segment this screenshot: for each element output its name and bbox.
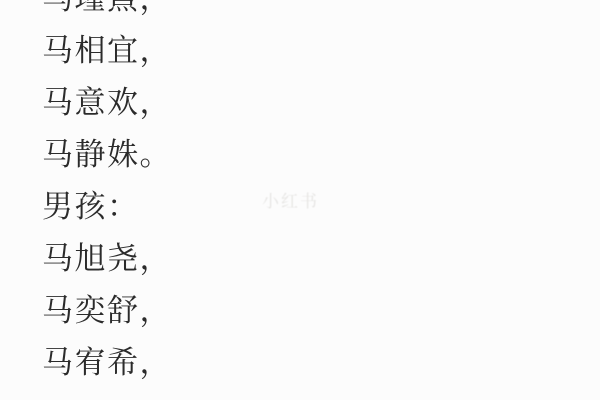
name-line: 马旭尧，: [42, 233, 172, 285]
name-list-page: 马瑾熹， 马相宜， 马意欢， 马静姝。 男孩： 马旭尧， 马奕舒， 马宥希， 小…: [0, 0, 600, 400]
section-label-boys: 男孩：: [42, 181, 172, 233]
watermark-text: 小红书: [262, 187, 319, 212]
name-list-text-block: 马瑾熹， 马相宜， 马意欢， 马静姝。 男孩： 马旭尧， 马奕舒， 马宥希，: [42, 0, 172, 389]
name-line-cutoff: 马瑾熹，: [42, 0, 172, 25]
name-line: 马静姝。: [42, 129, 172, 181]
name-line: 马意欢，: [42, 77, 172, 129]
name-line: 马宥希，: [42, 337, 172, 389]
name-line: 马相宜，: [42, 25, 172, 77]
name-line: 马奕舒，: [42, 285, 172, 337]
